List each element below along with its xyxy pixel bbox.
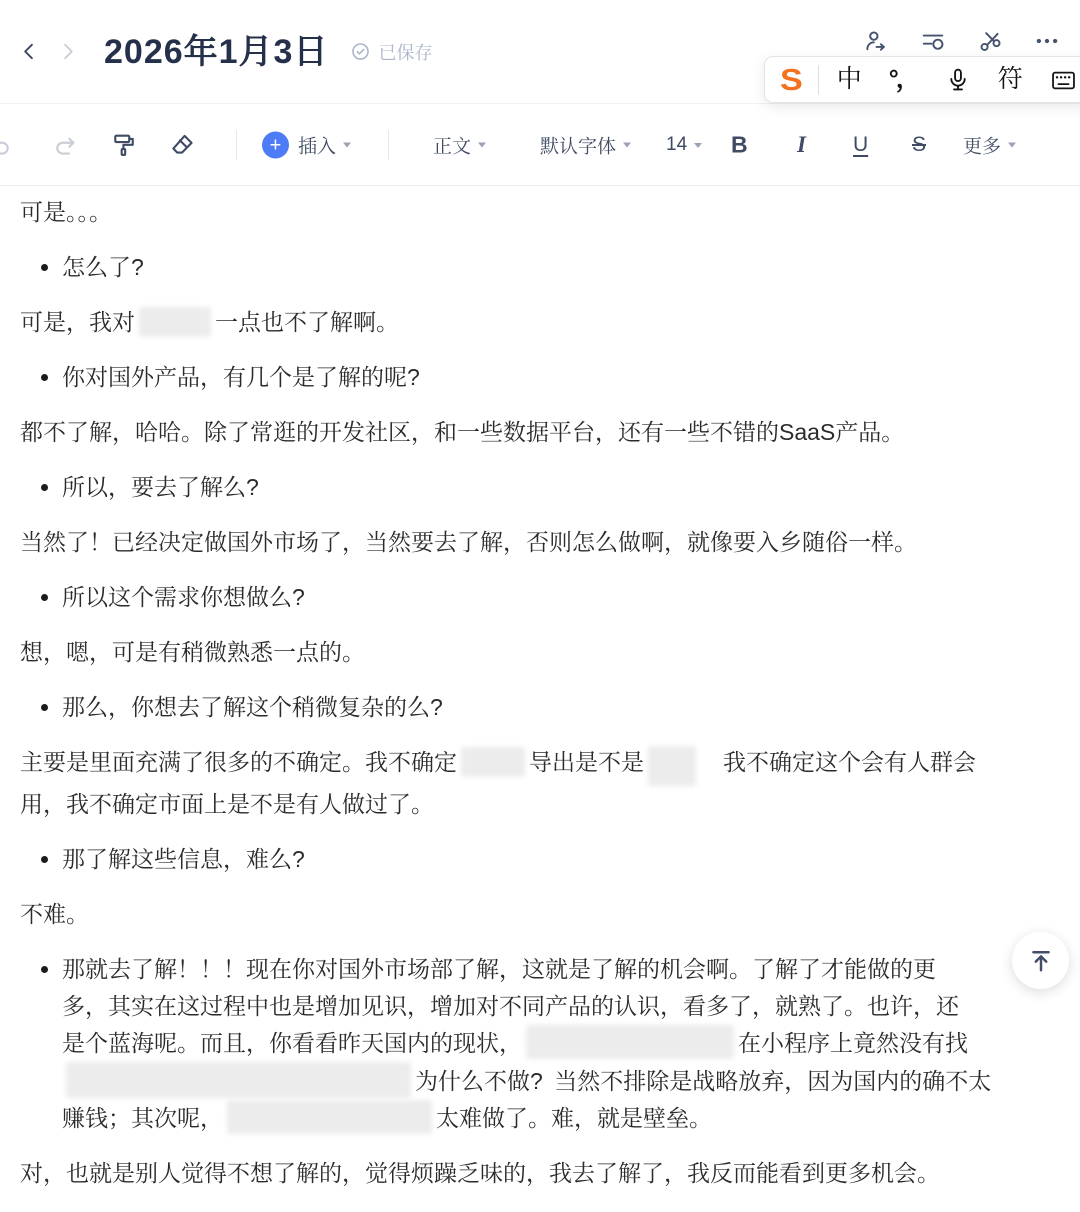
format-toolbar: + 插入 正文 默认字体 14 B I U S 更多 — [0, 105, 1080, 186]
find-filter-icon — [920, 28, 946, 54]
font-family-select[interactable]: 默认字体 — [540, 132, 631, 159]
text-run: 多，其实在这过程中也是增加见识，增加对不同产品的认识，看多了，就熟了。也许，还 — [62, 993, 959, 1019]
ime-divider — [818, 65, 819, 95]
ime-voice-button[interactable] — [945, 67, 971, 93]
more-icon — [1034, 28, 1060, 54]
bold-label: B — [731, 132, 748, 159]
save-status: 已保存 — [350, 39, 432, 65]
text-run: 我不确定这个会有人群会 — [700, 749, 976, 775]
scissors-icon — [977, 28, 1003, 54]
redacted-text — [526, 1025, 734, 1059]
text-run: 导出是不是 — [529, 749, 644, 775]
paragraph: 都不了解，哈哈。除了常逛的开发社区，和一些数据平台，还有一些不错的SaaS产品。 — [20, 414, 1060, 451]
check-circle-icon — [350, 41, 371, 62]
ime-symbols-button[interactable]: 符 — [998, 67, 1023, 92]
text-run: 所以，要去了解么? — [62, 474, 259, 500]
undo-button[interactable] — [0, 132, 13, 159]
paragraph: 主要是里面充满了很多的不确定。我不确定导出是不是 我不确定这个会有人群会用，我不… — [20, 744, 1060, 823]
paragraph: 想，嗯，可是有稍微熟悉一点的。 — [20, 634, 1060, 671]
back-icon — [18, 40, 41, 63]
redacted-text — [227, 1100, 432, 1134]
more-button[interactable] — [1034, 28, 1060, 54]
redacted-text — [648, 746, 696, 786]
bullet-dot — [41, 704, 48, 711]
plus-icon: + — [262, 132, 289, 159]
text-run: 太难做了。难，就是壁垒。 — [436, 1105, 712, 1131]
forward-icon — [56, 40, 79, 63]
caret-down-icon — [478, 143, 486, 148]
save-status-label: 已保存 — [378, 39, 432, 65]
eraser-icon — [168, 131, 196, 159]
back-button[interactable] — [10, 33, 48, 71]
insert-label: 插入 — [298, 132, 336, 159]
paragraph: 可是，我对一点也不了解啊。 — [20, 304, 1060, 341]
bullet-item: 那么，你想去了解这个稍微复杂的么? — [20, 689, 1060, 726]
text-run: 那么，你想去了解这个稍微复杂的么? — [62, 694, 443, 720]
bullet-text: 怎么了? — [62, 254, 144, 280]
format-painter-button[interactable] — [110, 131, 138, 159]
italic-button[interactable]: I — [797, 132, 806, 158]
format-painter-icon — [110, 131, 138, 159]
microphone-icon — [945, 67, 971, 93]
caret-down-icon — [343, 143, 351, 148]
more-format-button[interactable]: 更多 — [963, 132, 1016, 159]
forward-button[interactable] — [48, 33, 86, 71]
bullet-item: 怎么了? — [20, 249, 1060, 286]
text-run: 一点也不了解啊。 — [215, 309, 399, 335]
caret-down-icon — [623, 143, 631, 148]
page-title[interactable]: 2026年1月3日 — [104, 35, 328, 69]
bullet-dot — [41, 374, 48, 381]
redacted-text — [139, 307, 211, 337]
text-run: 都不了解，哈哈。除了常逛的开发社区，和一些数据平台，还有一些不错的SaaS产品。 — [20, 419, 904, 445]
ime-language-toggle[interactable]: 中 — [837, 67, 862, 92]
underline-label: U — [853, 133, 868, 157]
ime-keyboard-button[interactable] — [1050, 67, 1077, 93]
text-run: 当然了！已经决定做国外市场了，当然要去了解，否则怎么做啊，就像要入乡随俗一样。 — [20, 529, 917, 555]
italic-label: I — [797, 132, 806, 158]
redo-icon — [52, 132, 79, 159]
bullet-text: 所以，要去了解么? — [62, 474, 259, 500]
text-run: 你对国外产品，有几个是了解的呢? — [62, 364, 420, 390]
text-run: 赚钱；其次呢， — [62, 1105, 223, 1131]
ime-toolbar: S 中 °， 符 — [764, 56, 1080, 103]
underline-button[interactable]: U — [853, 133, 868, 157]
bullet-dot — [41, 264, 48, 271]
paragraph-style-label: 正文 — [433, 132, 471, 159]
text-run: 在小程序上竟然没有找 — [738, 1030, 968, 1056]
text-run: 用，我不确定市面上是不是有人做过了。 — [20, 791, 434, 817]
more-format-label: 更多 — [963, 132, 1001, 159]
text-run: 可是。。。 — [20, 199, 112, 225]
sogou-logo[interactable]: S — [780, 64, 803, 95]
bullet-dot — [41, 594, 48, 601]
bullet-item: 所以这个需求你想做么? — [20, 579, 1060, 616]
toolbar-divider — [388, 130, 389, 160]
text-run: 是个蓝海呢。而且，你看看昨天国内的现状， — [62, 1030, 522, 1056]
strikethrough-button[interactable]: S — [912, 133, 926, 157]
text-run: 那就去了解！！！现在你对国外市场部了解，这就是了解的机会啊。了解了才能做的更 — [62, 956, 936, 982]
eraser-button[interactable] — [168, 131, 196, 159]
undo-icon — [0, 132, 13, 159]
font-size-label: 14 — [666, 134, 687, 156]
toolbar-divider — [236, 130, 237, 160]
bullet-dot — [41, 484, 48, 491]
text-run: 所以这个需求你想做么? — [62, 584, 305, 610]
text-run: 想，嗯，可是有稍微熟悉一点的。 — [20, 639, 365, 665]
caret-down-icon — [1008, 143, 1016, 148]
bullet-item: 所以，要去了解么? — [20, 469, 1060, 506]
scroll-to-top-button[interactable] — [1012, 932, 1069, 989]
share-user-button[interactable] — [863, 28, 889, 54]
strikethrough-label: S — [912, 133, 926, 157]
bullet-text: 那就去了解！！！现在你对国外市场部了解，这就是了解的机会啊。了解了才能做的更多，… — [62, 956, 991, 1131]
insert-button[interactable]: + 插入 — [262, 132, 351, 159]
bold-button[interactable]: B — [731, 132, 748, 159]
redo-button[interactable] — [52, 132, 79, 159]
paragraph: 当然了！已经决定做国外市场了，当然要去了解，否则怎么做啊，就像要入乡随俗一样。 — [20, 524, 1060, 561]
header-actions — [863, 28, 1060, 54]
ime-punctuation-toggle[interactable]: °， — [889, 67, 918, 92]
caret-down-icon — [694, 143, 702, 148]
text-run: 不难。 — [20, 901, 89, 927]
text-run: 可是，我对 — [20, 309, 135, 335]
bullet-text: 所以这个需求你想做么? — [62, 584, 305, 610]
redacted-text — [461, 747, 525, 777]
bullet-text: 那么，你想去了解这个稍微复杂的么? — [62, 694, 443, 720]
paragraph-style-select[interactable]: 正文 — [433, 132, 486, 159]
font-family-label: 默认字体 — [540, 132, 616, 159]
user-share-icon — [863, 28, 889, 54]
bullet-dot — [41, 856, 48, 863]
paragraph: 对，也就是别人觉得不想了解的，觉得烦躁乏味的，我去了解了，我反而能看到更多机会。 — [20, 1155, 1060, 1192]
text-run: 那了解这些信息，难么? — [62, 846, 305, 872]
bullet-text: 那了解这些信息，难么? — [62, 846, 305, 872]
keyboard-icon — [1050, 67, 1077, 94]
bullet-item: 那就去了解！！！现在你对国外市场部了解，这就是了解的机会啊。了解了才能做的更多，… — [20, 951, 1060, 1137]
font-size-select[interactable]: 14 — [666, 134, 702, 156]
text-run: 为什么不做? 当然不排除是战略放弃，因为国内的确不太 — [415, 1068, 991, 1094]
bullet-dot — [41, 966, 48, 973]
redacted-text — [66, 1062, 411, 1098]
clip-button[interactable] — [977, 28, 1003, 54]
document-body[interactable]: 可是。。。怎么了?可是，我对一点也不了解啊。你对国外产品，有几个是了解的呢?都不… — [0, 186, 1080, 1212]
bullet-text: 你对国外产品，有几个是了解的呢? — [62, 364, 420, 390]
find-filter-button[interactable] — [920, 28, 946, 54]
bullet-item: 那了解这些信息，难么? — [20, 841, 1060, 878]
scroll-to-top-icon — [1027, 947, 1055, 975]
text-run: 对，也就是别人觉得不想了解的，觉得烦躁乏味的，我去了解了，我反而能看到更多机会。 — [20, 1160, 940, 1186]
paragraph: 可是。。。 — [20, 194, 1060, 231]
bullet-item: 你对国外产品，有几个是了解的呢? — [20, 359, 1060, 396]
paragraph: 不难。 — [20, 896, 1060, 933]
text-run: 怎么了? — [62, 254, 144, 280]
text-run: 主要是里面充满了很多的不确定。我不确定 — [20, 749, 457, 775]
